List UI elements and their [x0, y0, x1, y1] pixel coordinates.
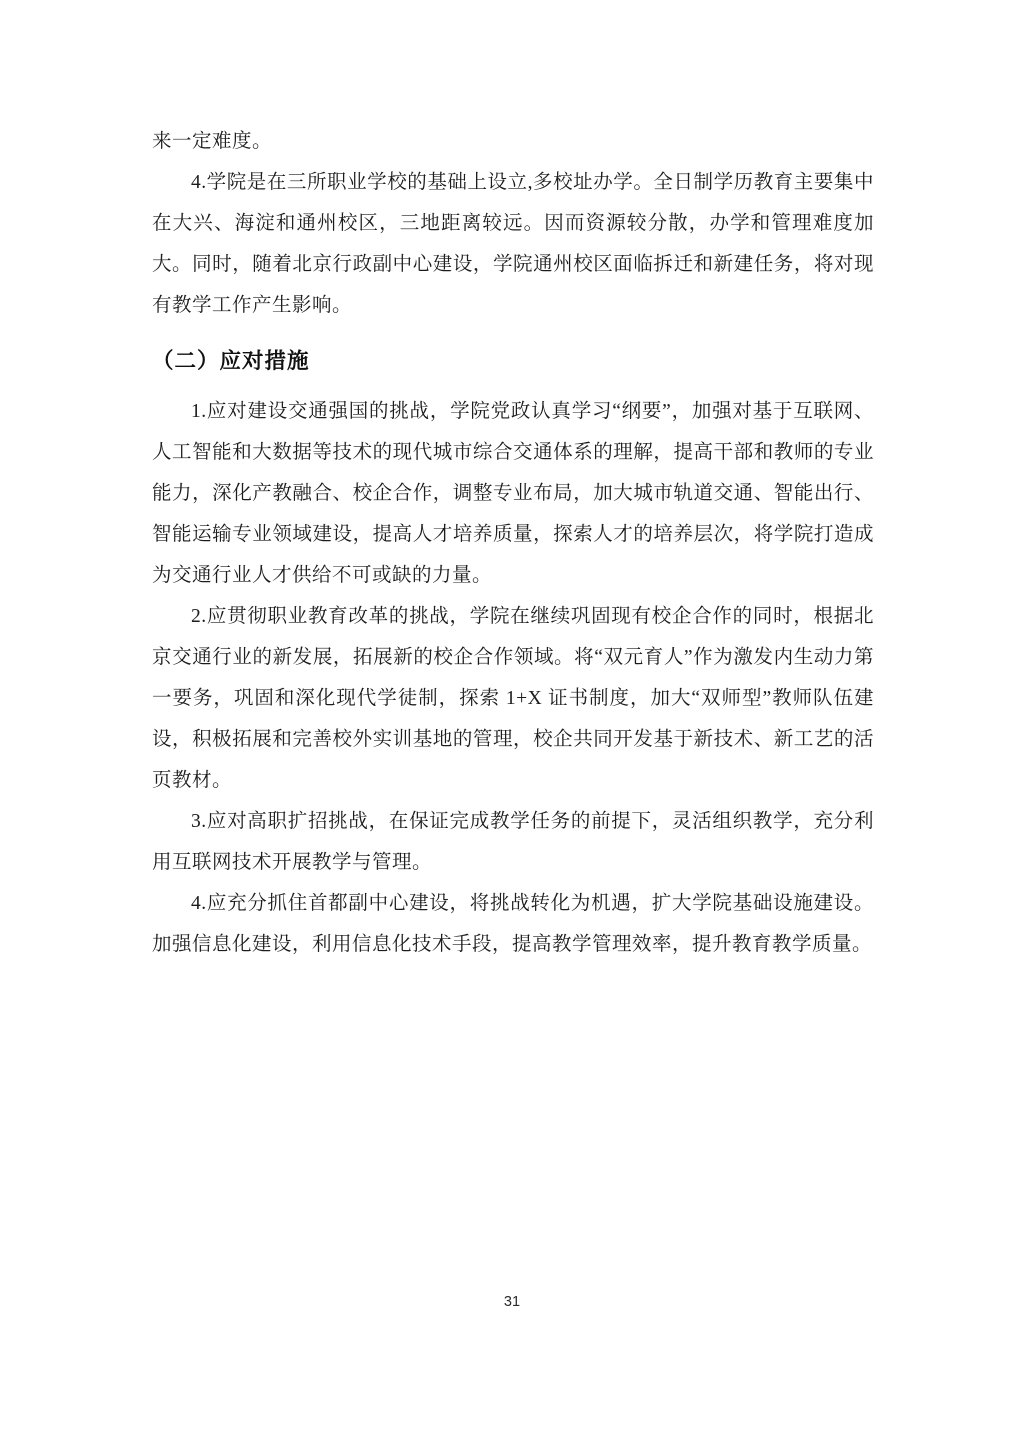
paragraph-measure-1: 1.应对建设交通强国的挑战，学院党政认真学习“纲要”，加强对基于互联网、人工智能… — [152, 391, 874, 596]
document-page: 来一定难度。 4.学院是在三所职业学校的基础上设立,多校址办学。全日制学历教育主… — [152, 0, 874, 965]
page-footer: 31 — [0, 1293, 1024, 1311]
paragraph-measure-3: 3.应对高职扩招挑战，在保证完成教学任务的前提下，灵活组织教学，充分利用互联网技… — [152, 801, 874, 883]
page-number: 31 — [504, 1294, 520, 1310]
section-heading: （二）应对措施 — [152, 341, 874, 382]
paragraph-challenge-4: 4.学院是在三所职业学校的基础上设立,多校址办学。全日制学历教育主要集中在大兴、… — [152, 162, 874, 326]
paragraph-continuation: 来一定难度。 — [152, 121, 874, 162]
paragraph-measure-2: 2.应贯彻职业教育改革的挑战，学院在继续巩固现有校企合作的同时，根据北京交通行业… — [152, 596, 874, 801]
paragraph-measure-4: 4.应充分抓住首都副中心建设，将挑战转化为机遇，扩大学院基础设施建设。加强信息化… — [152, 883, 874, 965]
